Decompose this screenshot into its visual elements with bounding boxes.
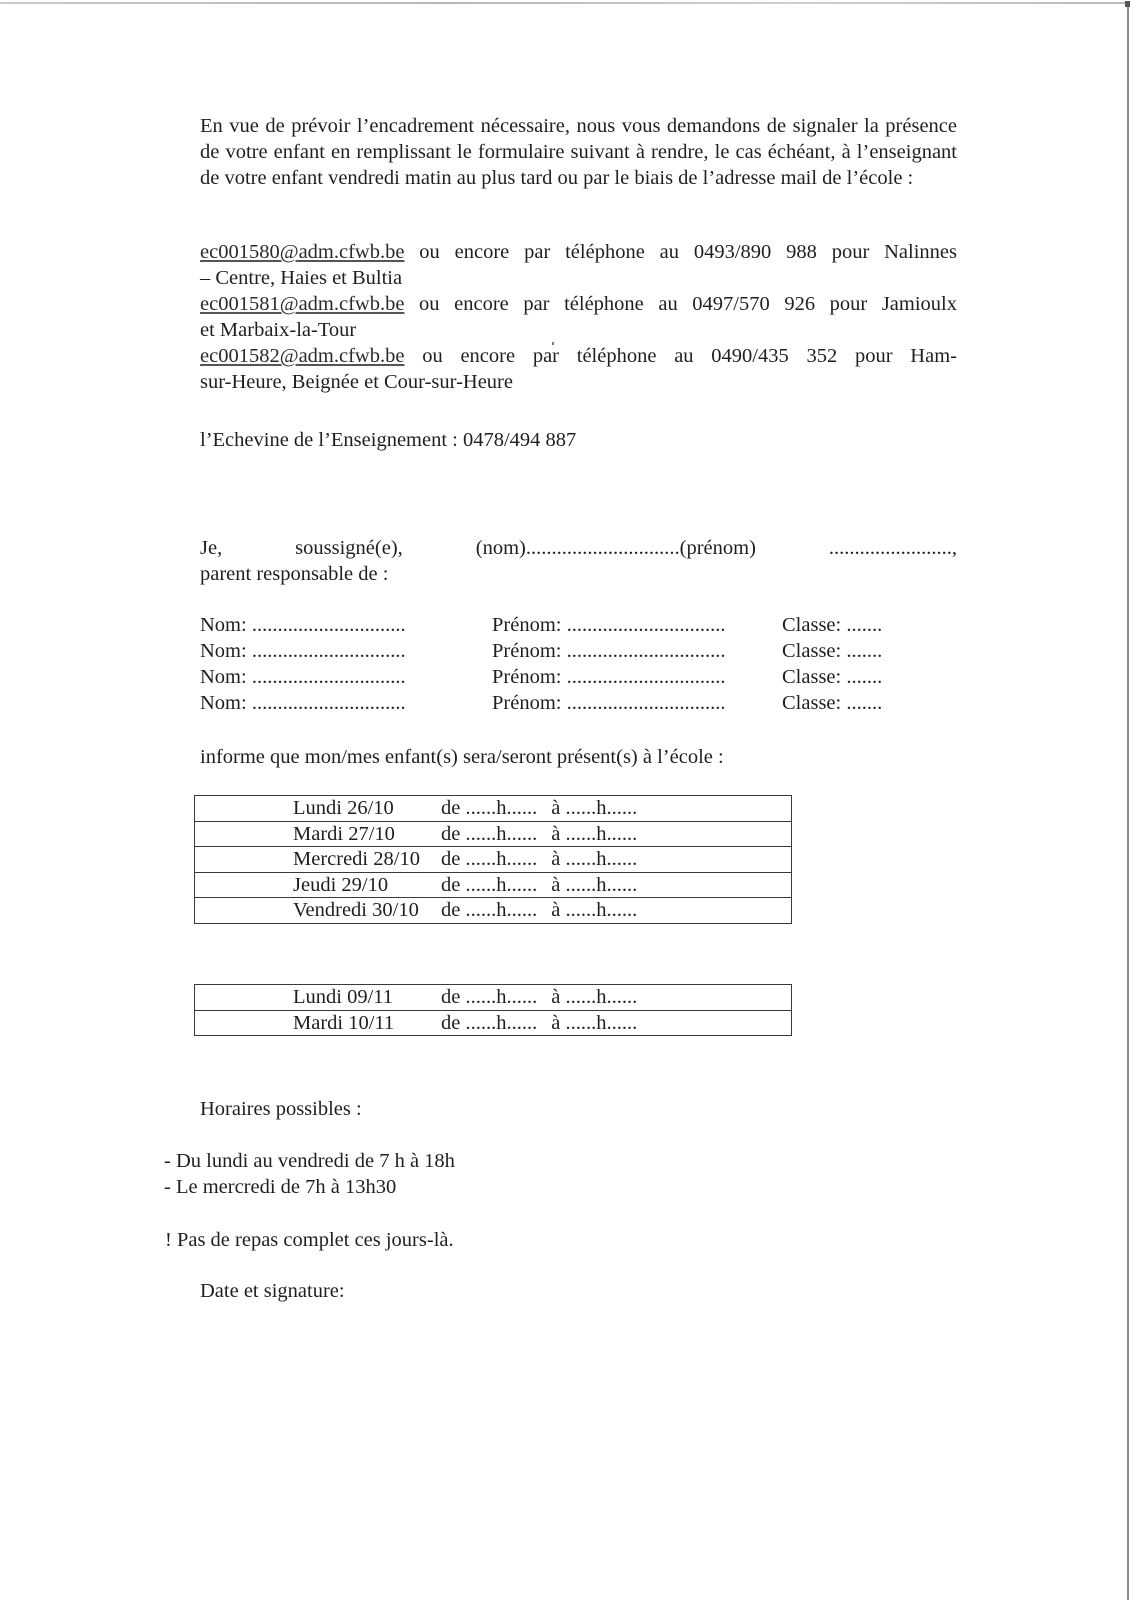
contact-block-2: ec001581@adm.cfwb.be ou encore par télép… [200,291,957,343]
time-to-field[interactable]: à ......h...... [551,899,637,921]
child-row: Nom: ..............................Préno… [200,690,882,717]
hours-title: Horaires possibles : [200,1096,362,1122]
child-firstname-field[interactable]: Prénom: ............................... [492,612,782,639]
child-class-field[interactable]: Classe: ....... [782,638,882,665]
time-to-field[interactable]: à ......h...... [551,848,637,870]
time-from-field[interactable]: de ......h...... [441,986,537,1008]
time-to-field[interactable]: à ......h...... [551,986,637,1008]
schedule-time-slot: de ......h......à ......h...... [441,898,792,924]
child-class-field[interactable]: Classe: ....... [782,690,882,717]
child-name-field[interactable]: Nom: .............................. [200,638,492,665]
time-from-field[interactable]: de ......h...... [441,899,537,921]
declaration-line-2: parent responsable de : [200,561,957,587]
document-page: En vue de prévoir l’encadrement nécessai… [0,0,1131,1600]
schedule-day: Jeudi 29/10 [195,872,442,898]
child-row: Nom: ..............................Préno… [200,664,882,691]
email-link[interactable]: ec001580@adm.cfwb.be [200,241,404,263]
schedule-time-slot: de ......h......à ......h...... [441,821,792,847]
schedule-day: Mercredi 28/10 [195,847,442,873]
email-link[interactable]: ec001582@adm.cfwb.be [200,345,404,367]
schedule-row: Vendredi 30/10de ......h......à ......h.… [195,898,792,924]
schedule-day: Lundi 09/11 [195,985,442,1011]
echevine-contact: l’Echevine de l’Enseignement : 0478/494 … [200,427,576,453]
child-row: Nom: ..............................Préno… [200,638,882,665]
time-from-field[interactable]: de ......h...... [441,797,537,819]
schedule-table-week1: Lundi 26/10de ......h......à ......h....… [194,795,792,924]
contact-area: et Marbaix-la-Tour [200,317,957,343]
schedule-row: Mardi 10/11de ......h......à ......h....… [195,1010,792,1036]
contact-block-3: ec001582@adm.cfwb.be ou encore par télép… [200,343,957,395]
schedule-time-slot: de ......h......à ......h...... [441,847,792,873]
declaration-line-1: Je, soussigné(e), (nom).................… [200,535,957,561]
time-from-field[interactable]: de ......h...... [441,823,537,845]
declaration-label: Je, soussigné(e), (nom) [200,537,526,559]
time-from-field[interactable]: de ......h...... [441,848,537,870]
hours-item: - Du lundi au vendredi de 7 h à 18h [164,1148,455,1174]
email-link[interactable]: ec001581@adm.cfwb.be [200,293,404,315]
schedule-day: Vendredi 30/10 [195,898,442,924]
schedule-row: Jeudi 29/10de ......h......à ......h....… [195,872,792,898]
schedule-row: Mercredi 28/10de ......h......à ......h.… [195,847,792,873]
hours-item: - Le mercredi de 7h à 13h30 [164,1174,396,1200]
contact-line: ec001582@adm.cfwb.be ou encore par télép… [200,343,957,369]
contact-line: ec001580@adm.cfwb.be ou encore par télép… [200,239,957,265]
child-name-field[interactable]: Nom: .............................. [200,664,492,691]
time-to-field[interactable]: à ......h...... [551,1012,637,1034]
schedule-time-slot: de ......h......à ......h...... [441,985,792,1011]
schedule-row: Lundi 09/11de ......h......à ......h....… [195,985,792,1011]
schedule-day: Mardi 27/10 [195,821,442,847]
contact-phone-text: ou encore par téléphone au 0493/890 988 … [404,241,957,263]
child-class-field[interactable]: Classe: ....... [782,612,882,639]
child-row: Nom: ..............................Préno… [200,612,882,639]
contact-line: ec001581@adm.cfwb.be ou encore par télép… [200,291,957,317]
presence-intro: informe que mon/mes enfant(s) sera/seron… [200,744,724,770]
schedule-time-slot: de ......h......à ......h...... [441,796,792,822]
parent-firstname-field[interactable]: ........................, [829,537,957,559]
declaration: Je, soussigné(e), (nom).................… [200,535,957,587]
scan-speck [552,342,554,345]
schedule-row: Mardi 27/10de ......h......à ......h....… [195,821,792,847]
time-to-field[interactable]: à ......h...... [551,797,637,819]
child-name-field[interactable]: Nom: .............................. [200,690,492,717]
contact-block-1: ec001580@adm.cfwb.be ou encore par télép… [200,239,957,291]
child-firstname-field[interactable]: Prénom: ............................... [492,690,782,717]
schedule-day: Lundi 26/10 [195,796,442,822]
time-from-field[interactable]: de ......h...... [441,1012,537,1034]
parent-name-field[interactable]: .............................. [526,537,680,559]
schedule-row: Lundi 26/10de ......h......à ......h....… [195,796,792,822]
contact-phone-text: ou encore par téléphone au 0497/570 926 … [404,293,957,315]
intro-paragraph: En vue de prévoir l’encadrement nécessai… [200,113,957,192]
schedule-time-slot: de ......h......à ......h...... [441,1010,792,1036]
child-name-field[interactable]: Nom: .............................. [200,612,492,639]
schedule-day: Mardi 10/11 [195,1010,442,1036]
contact-area: – Centre, Haies et Bultia [200,265,957,291]
child-firstname-field[interactable]: Prénom: ............................... [492,638,782,665]
time-from-field[interactable]: de ......h...... [441,874,537,896]
meal-notice: ! Pas de repas complet ces jours-là. [165,1227,454,1253]
contact-phone-text: ou encore par téléphone au 0490/435 352 … [404,345,957,367]
prenom-label: (prénom) [680,537,756,559]
signature-label: Date et signature: [200,1278,345,1304]
child-class-field[interactable]: Classe: ....... [782,664,882,691]
contact-area: sur-Heure, Beignée et Cour-sur-Heure [200,369,957,395]
schedule-time-slot: de ......h......à ......h...... [441,872,792,898]
child-firstname-field[interactable]: Prénom: ............................... [492,664,782,691]
time-to-field[interactable]: à ......h...... [551,874,637,896]
schedule-table-week2: Lundi 09/11de ......h......à ......h....… [194,984,792,1036]
time-to-field[interactable]: à ......h...... [551,823,637,845]
